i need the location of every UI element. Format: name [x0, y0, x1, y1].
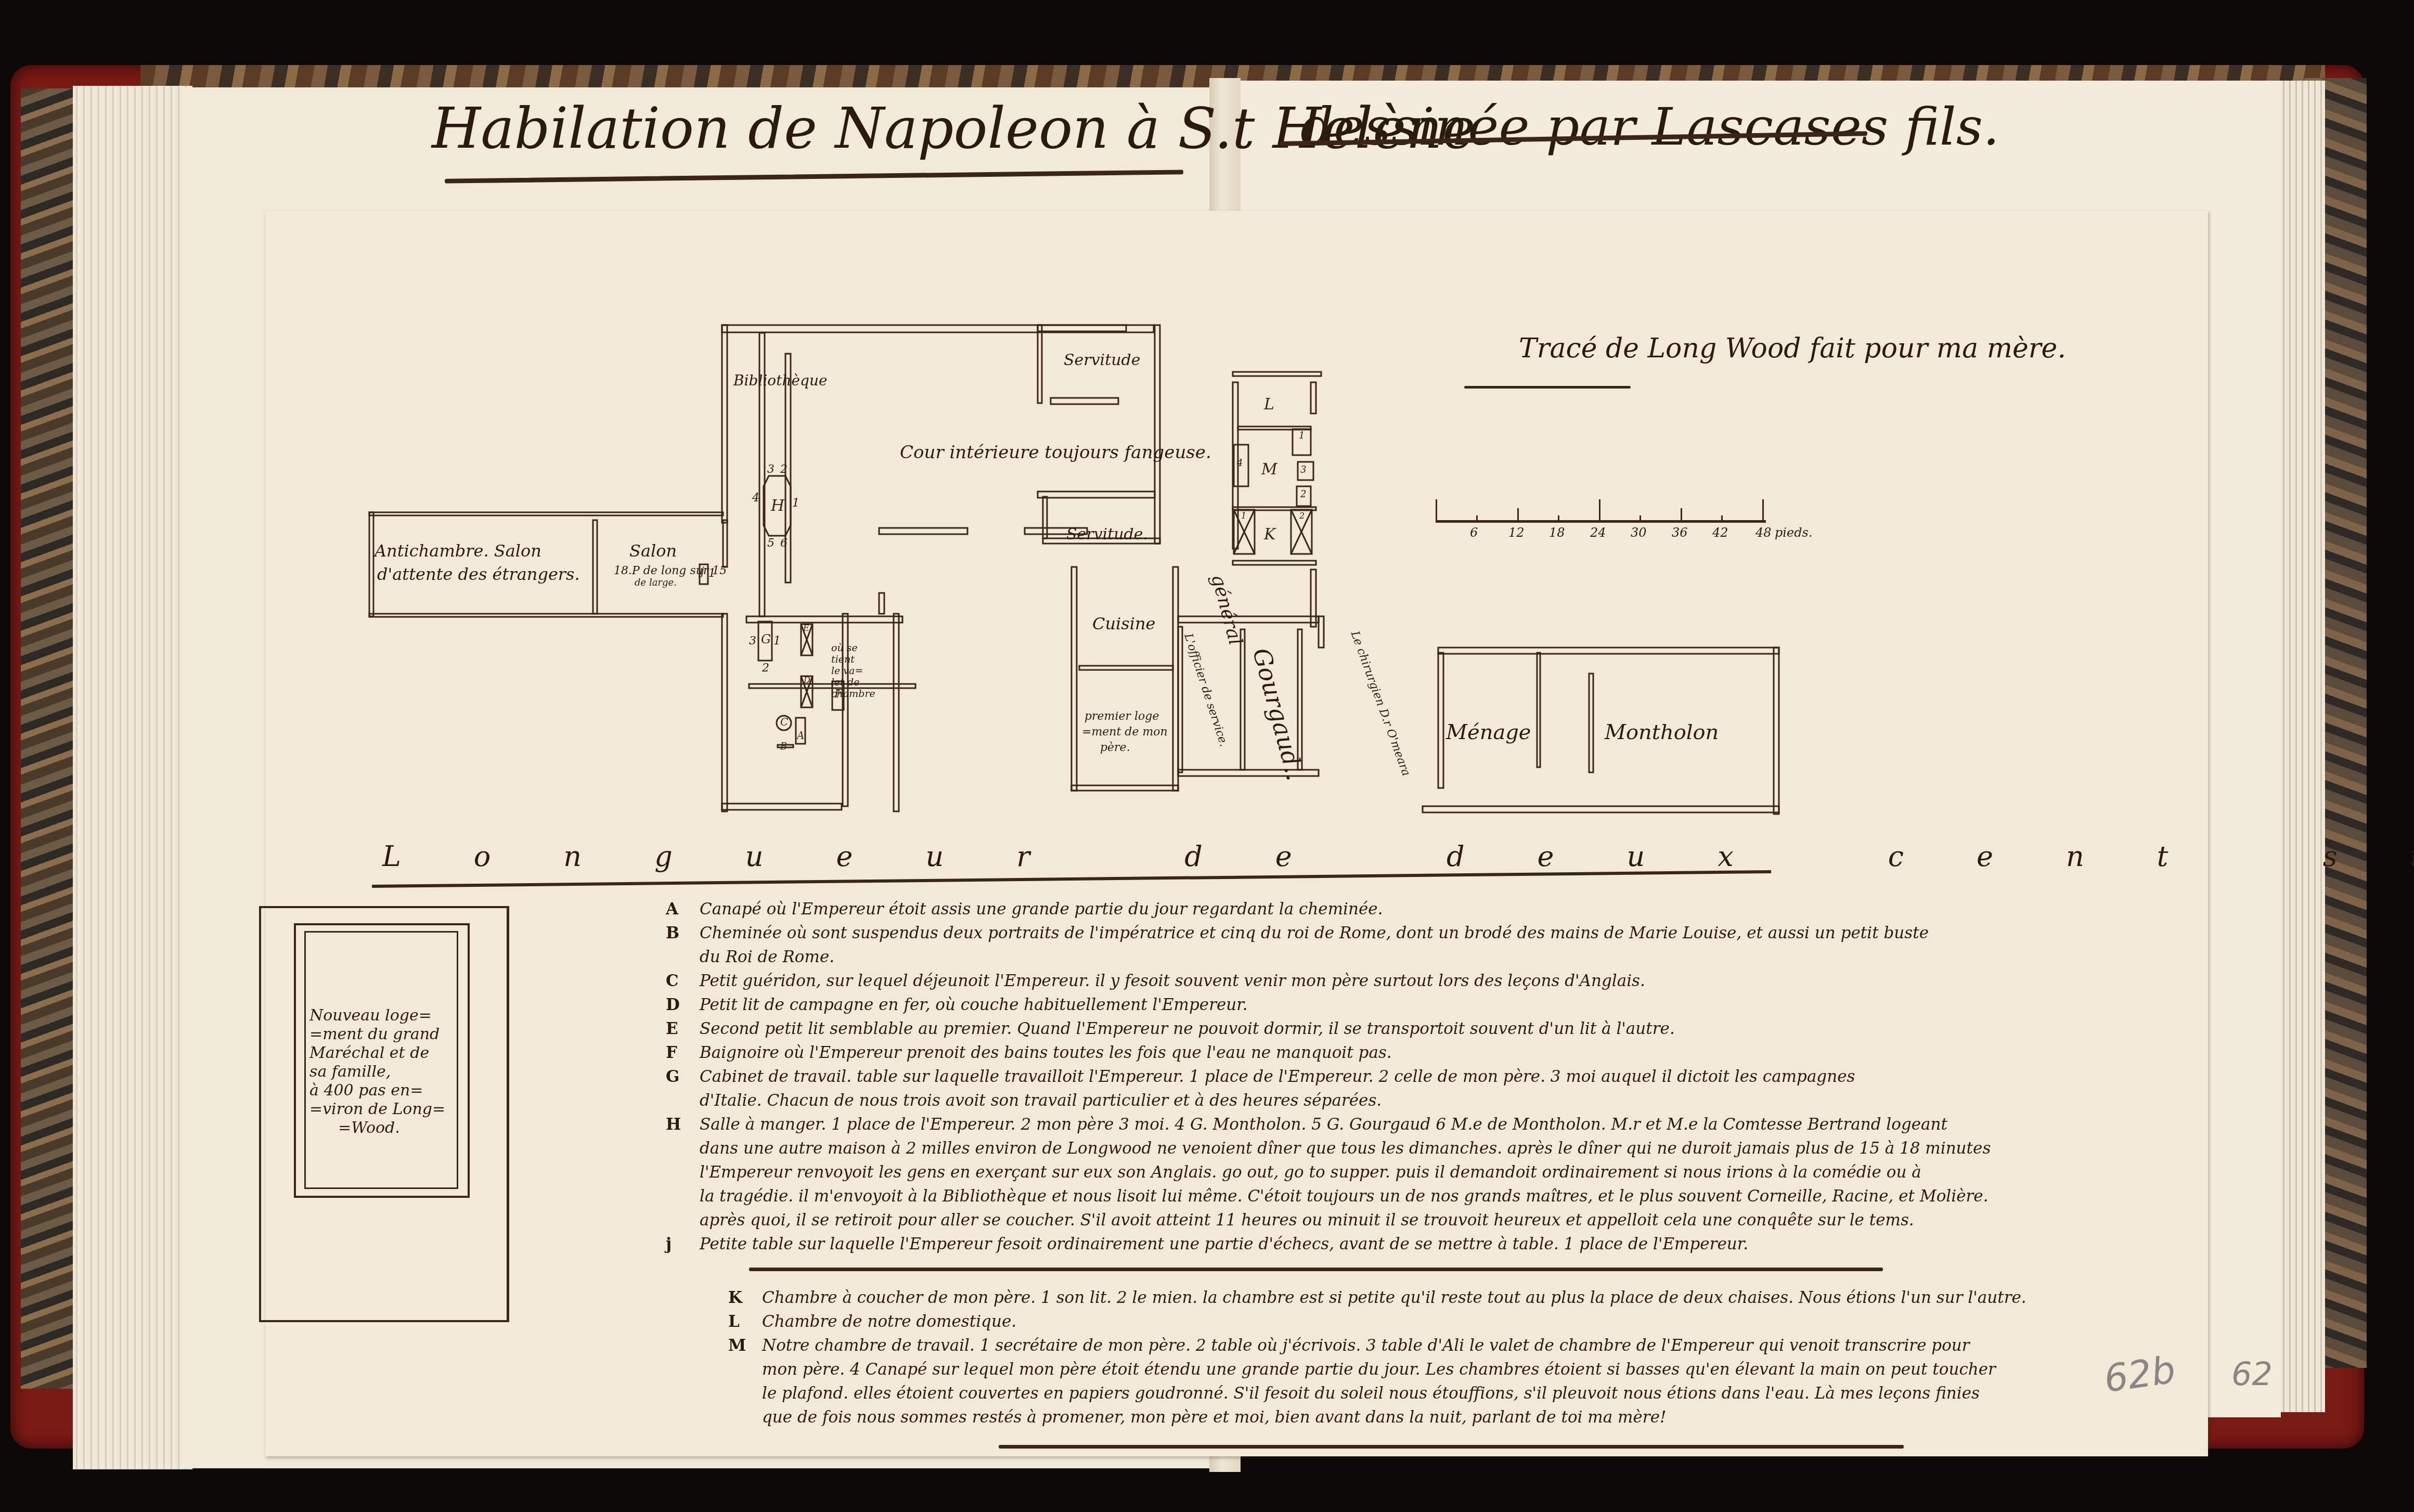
- seat-number: 1: [773, 635, 781, 648]
- room-servitude-mid: Servitude.: [1066, 525, 1148, 544]
- room-servitude-top: Servitude: [1064, 351, 1141, 369]
- legend-item: FBaignoire où l'Empereur prenoit des bai…: [666, 1041, 2216, 1065]
- legend-item-continuation: après quoi, il se retiroit pour aller se…: [666, 1208, 2216, 1232]
- page-edges-left: [73, 86, 192, 1469]
- legend-item-continuation: d'Italie. Chacun de nous trois avoit son…: [666, 1089, 2216, 1113]
- legend-end-rule: [999, 1445, 1904, 1449]
- furniture-number: 3: [1300, 464, 1306, 475]
- seat-number: 2: [762, 662, 769, 675]
- seat-number: 5: [767, 537, 774, 550]
- furniture-number: 1: [1299, 430, 1305, 441]
- seat-number: 6: [780, 537, 788, 550]
- right-page-heading: dessinée par Lascases fils.: [1300, 96, 1999, 157]
- room-antichambre-line2: d'attente des étrangers.: [377, 564, 580, 584]
- legend-item-continuation: le plafond. elles étoient couvertes en p…: [728, 1381, 2216, 1405]
- legend: ACanapé où l'Empereur étoit assis une gr…: [666, 897, 2216, 1449]
- room-bibliotheque: Bibliothèque: [733, 372, 828, 389]
- bed-number: 2: [1299, 511, 1305, 521]
- legend-item: DPetit lit de campagne en fer, où couche…: [666, 993, 2216, 1017]
- room-premier-logement-line3: père.: [1100, 741, 1130, 754]
- legend-item-continuation: dans une autre maison à 2 milles environ…: [666, 1136, 2216, 1160]
- room-cour: Cour intérieure toujours fangeuse.: [900, 442, 1211, 463]
- plan-letter-j: j: [701, 565, 704, 578]
- seat-number: 3: [767, 463, 774, 476]
- seat-number: 1: [792, 497, 799, 510]
- plan-letter-c: C: [780, 716, 788, 728]
- plan-letter-d: D: [804, 675, 810, 685]
- legend-item-continuation: la tragédie. il m'envoyoit à la Biblioth…: [666, 1184, 2216, 1208]
- plan-letter-a: A: [797, 729, 804, 742]
- room-premier-logement-line2: =ment de mon: [1082, 726, 1168, 739]
- legend-item: LChambre de notre domestique.: [728, 1310, 2216, 1334]
- legend-item: BCheminée où sont suspendus deux portrai…: [666, 921, 2216, 945]
- furniture-number: 2: [1300, 489, 1306, 500]
- room-antichambre: Antichambre. Salon: [375, 541, 541, 561]
- legend-item: GCabinet de travail. table sur laquelle …: [666, 1065, 2216, 1089]
- seat-number: 1: [708, 567, 716, 580]
- room-salon: Salon: [629, 541, 677, 561]
- plan-letter-b: B: [780, 741, 787, 752]
- seat-number: 4: [752, 492, 759, 505]
- plan-letter-h: H: [771, 497, 784, 515]
- marshal-lodging-note: Nouveau loge= =ment du grand Maréchal et…: [309, 1006, 453, 1138]
- length-measure: Longueur de deux cent six pieds: [372, 840, 1771, 887]
- length-caption: Longueur de deux cent six pieds: [382, 840, 2414, 873]
- legend-separator: [749, 1268, 1883, 1271]
- plan-letter-g: G: [761, 632, 771, 647]
- legend-item: ACanapé où l'Empereur étoit assis une gr…: [666, 897, 2216, 921]
- legend-item: ESecond petit lit semblable au premier. …: [666, 1017, 2216, 1041]
- plan-letter-l: L: [1264, 395, 1274, 413]
- room-menage: Ménage: [1446, 720, 1531, 744]
- seat-number: 3: [749, 635, 756, 648]
- plan-letter-f: F: [834, 688, 842, 701]
- salon-dimensions-line2: de large.: [635, 577, 677, 588]
- plan-letter-e: E: [803, 623, 809, 633]
- legend-item-continuation: que de fois nous sommes restés à promene…: [728, 1405, 2216, 1429]
- legend-item: KChambre à coucher de mon père. 1 son li…: [728, 1286, 2216, 1310]
- seat-number: 2: [780, 463, 788, 476]
- folio-number-page: 62: [2231, 1355, 2273, 1393]
- room-montholon: Montholon: [1605, 720, 1719, 744]
- legend-item-continuation: l'Empereur renvoyoit les gens en exerçan…: [666, 1160, 2216, 1184]
- legend-item-continuation: mon père. 4 Canapé sur lequel mon père é…: [728, 1358, 2216, 1381]
- room-premier-logement: premier loge: [1085, 710, 1159, 723]
- legend-item: jPetite table sur laquelle l'Empereur fe…: [666, 1232, 2216, 1256]
- furniture-number: 4: [1237, 458, 1243, 469]
- plan-letter-m: M: [1261, 460, 1277, 479]
- legend-item: CPetit guéridon, sur lequel déjeunoit l'…: [666, 969, 2216, 993]
- plan-letter-k: K: [1264, 525, 1275, 544]
- room-cuisine: Cuisine: [1092, 614, 1156, 634]
- legend-item: MNotre chambre de travail. 1 secrétaire …: [728, 1334, 2216, 1358]
- legend-item: HSalle à manger. 1 place de l'Empereur. …: [666, 1113, 2216, 1136]
- legend-item-continuation: du Roi de Rome.: [666, 945, 2216, 969]
- bed-number: 1: [1241, 511, 1246, 521]
